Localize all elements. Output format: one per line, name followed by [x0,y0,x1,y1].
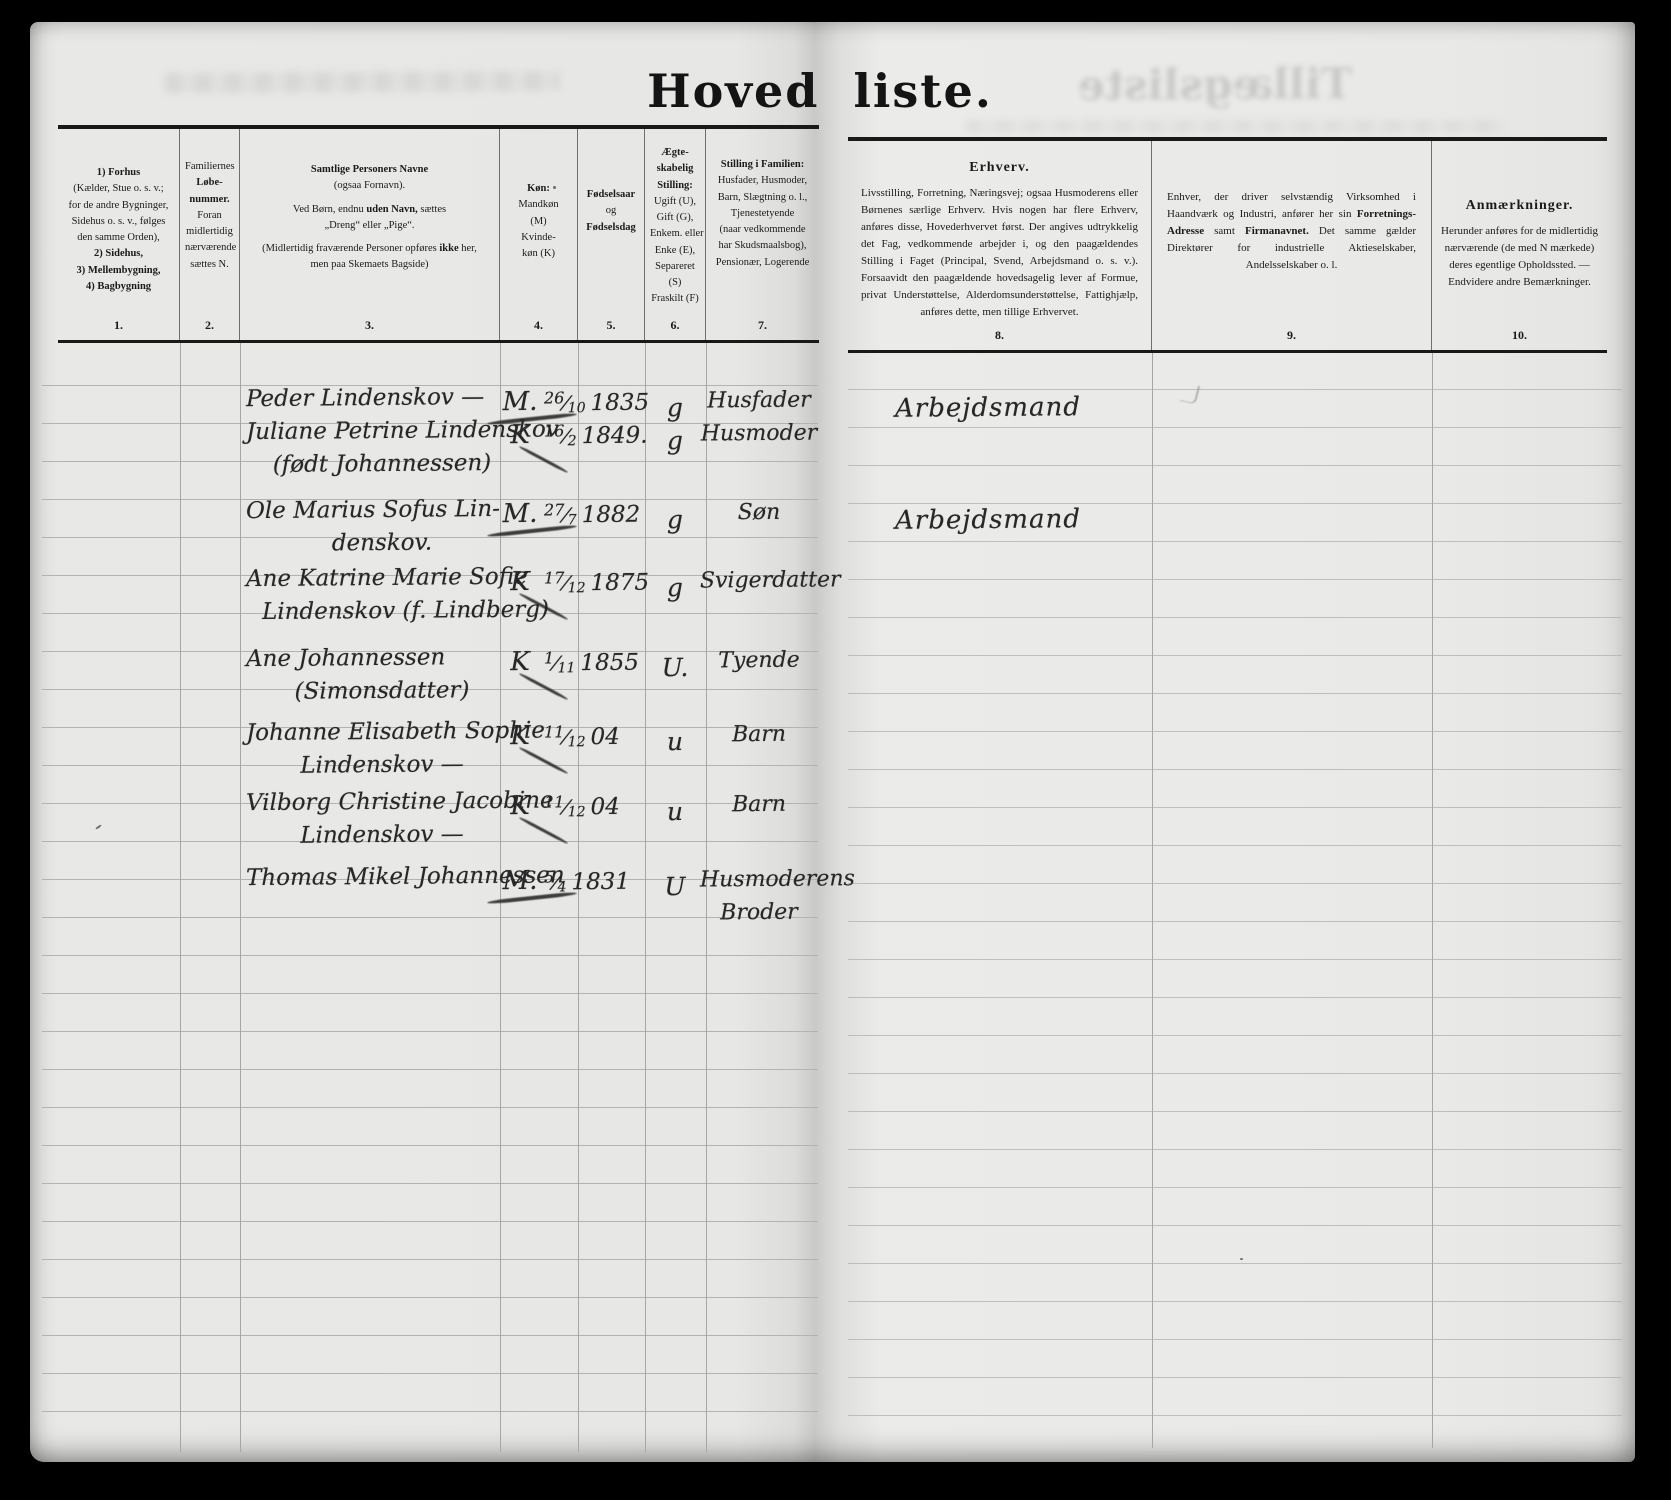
column-title: Anmærkninger. [1440,195,1599,217]
header-line: Ved Børn, endnu uden Navn, sættes [245,202,494,218]
text-segment: Firmanavnet. [1245,225,1309,237]
ruled-line [848,655,1622,656]
birth-year: 1835 [590,390,649,417]
family-position-cell: Barn [700,791,818,817]
birth-year: 1882 [582,502,641,529]
birth-day: 16 [544,421,565,440]
header-line: sættes N. [185,257,234,273]
family-position-cell: Svigerdatter [700,567,818,593]
text-segment: Løbe- [196,177,222,188]
header-line: (S) [650,275,700,291]
column-divider-line [240,343,241,1452]
family-position-cell: Husmoderens [700,866,818,892]
birth-date-cell: 11⁄1204 [544,792,654,821]
text-segment: Livsstilling, Forretning, Næringsvej; og… [861,187,1138,318]
ruled-line [42,1069,818,1070]
ruled-line [848,1339,1622,1340]
ruled-line [848,503,1622,504]
ruled-line [848,1301,1622,1302]
header-column-1: 1) Forhus(Kælder, Stue o. s. v.;for de a… [58,129,180,340]
header-line: Ugift (U), [650,194,700,210]
text-segment: Mandkøn [518,199,558,210]
name-cell-line2: (født Johannessen) [262,450,502,478]
ruled-line [848,465,1622,466]
birth-day: 5 [544,867,554,886]
header-line: (Kælder, Stue o. s. v.; [63,181,174,197]
ruled-line [848,693,1622,694]
ruled-line [42,1259,818,1260]
family-position-cell: Tyende [700,647,818,673]
text-segment: Stilling i Familien: [721,159,804,170]
header-left-page: 1) Forhus(Kælder, Stue o. s. v.;for de a… [58,125,819,343]
header-line: „Dreng“ eller „Pige“. [245,218,494,234]
ruled-line [42,1183,818,1184]
header-line: 3) Mellembygning, [63,263,174,279]
text-segment: sættes [418,204,446,215]
header-line: køn (K) [505,246,572,262]
ruled-line [848,1263,1622,1264]
text-segment: Stilling: [657,180,693,191]
family-position-cell: Barn [700,721,818,747]
name-cell-line2: Lindenskov (f. Lindberg) [262,597,502,625]
header-line: men paa Skemaets Bagside) [245,257,494,273]
text-segment: Gift (G), [657,212,694,223]
column-number: 9. [1152,326,1431,345]
marital-status-cell: g [650,393,700,422]
text-segment: Herunder anføres for de midlertidig nærv… [1441,225,1598,288]
ruled-line [848,997,1622,998]
header-column-3: Samtlige Personers Navne(ogsaa Fornavn).… [240,129,500,340]
header-line: Ægte- [650,145,700,161]
header-line: Køn: [505,181,572,197]
text-segment: 2) Sidehus, [94,248,143,259]
birth-month: 12 [568,580,586,596]
text-segment: køn (K) [522,248,555,259]
ruled-line [848,731,1622,732]
text-segment: Enkem. eller [650,228,704,239]
ruled-line [42,1411,818,1412]
text-segment: skabelig [657,163,694,174]
ruled-line [848,427,1622,428]
column-number: 4. [500,316,577,335]
header-line: Mandkøn [505,197,572,213]
column-number: 3. [240,316,499,335]
header-line: Stilling: [650,178,700,194]
column-divider-line [1152,353,1153,1448]
birth-day: 11 [544,722,565,741]
header-line: Fraskilt (F) [650,291,700,307]
marital-status-cell: U [650,872,700,901]
ruled-line [848,883,1622,884]
birth-date-cell: 1⁄111855 [544,648,654,677]
text-segment: Samtlige Personers Navne [311,164,428,175]
marital-status-cell: g [650,573,700,602]
scanned-census-page: Tillægsliste Hoved liste. 1) Forhus(Kæld… [0,0,1671,1500]
sex-cell: M. [494,499,546,529]
header-line: Stilling i Familien: [711,157,814,173]
marital-status-cell: g [650,426,700,455]
name-cell: Juliane Petrine Lindenskov [246,417,506,445]
birth-date-cell: 26⁄101835 [544,388,654,417]
name-cell-line2: Lindenskov — [262,821,502,849]
family-position-cell: Husfader [700,387,818,413]
ruled-line [42,993,818,994]
column-title: Erhverv. [861,157,1138,179]
name-cell: Peder Lindenskov — [246,384,506,412]
ruled-line [848,389,1622,390]
text-segment: Husfader, Husmoder, [718,175,807,186]
text-segment: nærværende [185,242,236,253]
header-line: Pensionær, Logerende [711,255,814,271]
name-cell: Ane Katrine Marie Sofie [246,564,506,592]
header-line: skabelig [650,161,700,177]
name-cell-line2: denskov. [262,529,502,557]
text-segment: Enke (E), [655,245,695,256]
birth-month: 11 [558,660,576,676]
ruled-line [848,1149,1622,1150]
text-segment: Fødselsaar [587,189,635,200]
birth-day: 26 [544,388,565,407]
header-right-page: Erhverv.Livsstilling, Forretning, Næring… [848,137,1607,353]
ruled-line [848,1225,1622,1226]
text-segment: uden Navn, [366,204,417,215]
header-line: 2) Sidehus, [63,246,174,262]
bleedthrough-mirrored-text: Tillægsliste [1000,58,1430,110]
column-number: 2. [180,316,239,335]
header-line: Husfader, Husmoder, [711,173,814,189]
text-segment: 4) Bagbygning [86,281,151,292]
occupation-cell: Arbejdsmand [872,504,1104,536]
birth-year: 04 [590,724,620,750]
ruled-line [848,541,1622,542]
text-segment: (ogsaa Fornavn). [334,180,405,191]
column-divider-line [180,343,181,1452]
ruled-line [42,1297,818,1298]
text-segment: Foran [197,210,222,221]
ink-speck [1240,1258,1243,1260]
header-column-5: FødselsaarogFødselsdag5. [578,129,645,340]
header-line: Kvinde- [505,230,572,246]
header-line: Fødselsdag [583,220,639,236]
header-line: Fødselsaar [583,187,639,203]
spacer [245,195,494,202]
text-segment: har Skudsmaalsbog), [718,240,806,251]
text-segment: Ved Børn, endnu [293,204,367,215]
column-number: 5. [578,316,644,335]
ruled-line [42,1145,818,1146]
ruled-line [848,1035,1622,1036]
text-segment: Tjenestetyende [731,208,795,219]
name-cell: Ane Johannessen [246,644,506,672]
text-segment: nummer. [189,194,229,205]
birth-year: 1855 [580,650,639,677]
name-cell-line2: (Simonsdatter) [262,677,502,705]
occupation-cell: Arbejdsmand [872,392,1104,424]
column-divider-line [1432,353,1433,1448]
ruled-line [848,617,1622,618]
text-segment: (Kælder, Stue o. s. v.; [73,183,163,194]
birth-year: 04 [590,794,620,820]
column-description: Enhver, der driver selvstændig Virksomhe… [1167,189,1416,274]
header-line: (M) [505,214,572,230]
sex-cell: M. [494,387,546,417]
birth-date-cell: 11⁄1204 [544,722,654,751]
text-segment: 1) Forhus [97,167,140,178]
family-position-cell: Søn [700,499,818,525]
text-segment: ikke [439,243,458,254]
header-column-8: Erhverv.Livsstilling, Forretning, Næring… [848,141,1152,350]
text-segment: Familiernes [185,161,235,172]
header-line: Gift (G), [650,210,700,226]
ruled-line [848,807,1622,808]
page-title: Hoved liste. [620,64,1020,118]
column-number: 10. [1432,326,1607,345]
text-segment: (naar vedkommende [719,224,805,235]
header-column-9: Enhver, der driver selvstændig Virksomhe… [1152,141,1432,350]
header-line: (Midlertidig fraværende Personer opføres… [245,241,494,257]
ruled-line [848,769,1622,770]
header-line: Enke (E), [650,243,700,259]
birth-date-cell: 16⁄21849. [544,421,654,450]
ruled-line [848,921,1622,922]
text-segment: 3) Mellembygning, [77,265,161,276]
marital-status-cell: g [650,505,700,534]
header-line: (naar vedkommende [711,222,814,238]
text-segment: Separeret [655,261,695,272]
ruled-line [848,1415,1622,1416]
family-position-cell-line2: Broder [700,899,818,925]
header-line: Separeret [650,259,700,275]
column-number: 6. [645,316,705,335]
text-segment: sættes N. [190,259,229,270]
text-segment: og [606,205,617,216]
birth-date-cell: 17⁄121875 [544,568,654,597]
text-segment: (Midlertidig fraværende Personer opføres [262,243,439,254]
text-segment: Barn, Slægtning o. l., [718,192,808,203]
ruled-line [848,1377,1622,1378]
ruled-line [42,1031,818,1032]
header-line: for de andre Bygninger, [63,198,174,214]
ruled-line [848,845,1622,846]
text-segment: (M) [530,216,546,227]
name-cell: Johanne Elisabeth Sophie [246,718,506,746]
text-segment: Kvinde- [521,232,555,243]
text-segment: Ægte- [661,147,688,158]
marital-status-cell: u [650,797,700,826]
column-description: Herunder anføres for de midlertidig nærv… [1440,223,1599,291]
text-segment: Fraskilt (F) [651,293,699,304]
column-number: 7. [706,316,819,335]
sex-cell: M. [494,866,546,896]
ruled-line [848,1111,1622,1112]
name-cell: Ole Marius Sofus Lin- [246,496,506,524]
ruled-line [848,1187,1622,1188]
header-column-6: Ægte-skabeligStilling:Ugift (U),Gift (G)… [645,129,706,340]
ruled-line [848,579,1622,580]
text-segment: Pensionær, Logerende [716,257,809,268]
header-line: Familiernes [185,159,234,175]
header-line: Samtlige Personers Navne [245,162,494,178]
text-segment: for de andre Bygninger, [69,200,169,211]
marital-status-cell: U. [650,653,700,682]
text-segment: Køn: [527,183,550,194]
birth-year: 1849. [582,423,648,450]
text-segment: „Dreng“ eller „Pige“. [324,220,414,231]
ruled-line [42,1221,818,1222]
birth-day: 1 [544,648,554,667]
family-position-cell: Husmoder [700,420,818,446]
ruled-line [42,1107,818,1108]
name-cell: Thomas Mikel Johannessen [246,863,506,891]
header-line: Tjenestetyende [711,206,814,222]
header-column-2: FamiliernesLøbe-nummer.Foranmidlertidign… [180,129,240,340]
header-column-7: Stilling i Familien:Husfader, Husmoder,B… [706,129,819,340]
marital-status-cell: u [650,727,700,756]
bleedthrough-right-blob [965,120,1505,133]
birth-month: 12 [568,804,586,820]
name-cell-line2: Lindenskov — [262,751,502,779]
birth-date-cell: 27⁄71882 [544,500,654,529]
ink-speck [553,186,556,189]
header-line: Løbe- [185,175,234,191]
column-description: Livsstilling, Forretning, Næringsvej; og… [861,185,1138,321]
text-segment: samt [1204,225,1245,237]
birth-day: 27 [544,500,565,519]
birth-month: 12 [568,734,586,750]
text-segment: Fødselsdag [586,222,636,233]
header-line: Sidehus o. s. v., følges [63,214,174,230]
bleedthrough-left-blob [165,71,560,93]
text-segment: midlertidig [186,226,233,237]
header-line: nummer. [185,192,234,208]
header-column-4: Køn:Mandkøn(M)Kvinde-køn (K)4. [500,129,578,340]
text-segment: (S) [669,277,682,288]
birth-year: 1831 [571,869,630,896]
header-line: nærværende [185,240,234,256]
ruled-line [848,959,1622,960]
birth-date-cell: 5⁄41831 [544,867,654,896]
text-segment: Sidehus o. s. v., følges [72,216,166,227]
column-number: 8. [848,326,1151,345]
text-segment: Ugift (U), [654,196,696,207]
birth-year: 1875 [590,570,649,597]
header-line: Barn, Slægtning o. l., [711,190,814,206]
ruled-line [42,1373,818,1374]
header-line: midlertidig [185,224,234,240]
header-line: 1) Forhus [63,165,174,181]
name-cell: Vilborg Christine Jacobine [246,788,506,816]
ruled-line [848,1073,1622,1074]
ruled-line [42,1335,818,1336]
spacer [245,234,494,241]
header-line: (ogsaa Fornavn). [245,178,494,194]
birth-month: 2 [568,433,577,449]
header-line: Foran [185,208,234,224]
header-line: har Skudsmaalsbog), [711,238,814,254]
column-number: 1. [58,316,179,335]
text-segment: den samme Orden), [77,232,160,243]
header-line: Enkem. eller [650,226,700,242]
text-segment: her, [459,243,477,254]
ruled-line [42,955,818,956]
header-line: den samme Orden), [63,230,174,246]
header-line: 4) Bagbygning [63,279,174,295]
text-segment: men paa Skemaets Bagside) [310,259,428,270]
birth-day: 11 [544,792,565,811]
birth-day: 17 [544,568,565,587]
header-column-10: Anmærkninger.Herunder anføres for de mid… [1432,141,1607,350]
header-line: og [583,203,639,219]
